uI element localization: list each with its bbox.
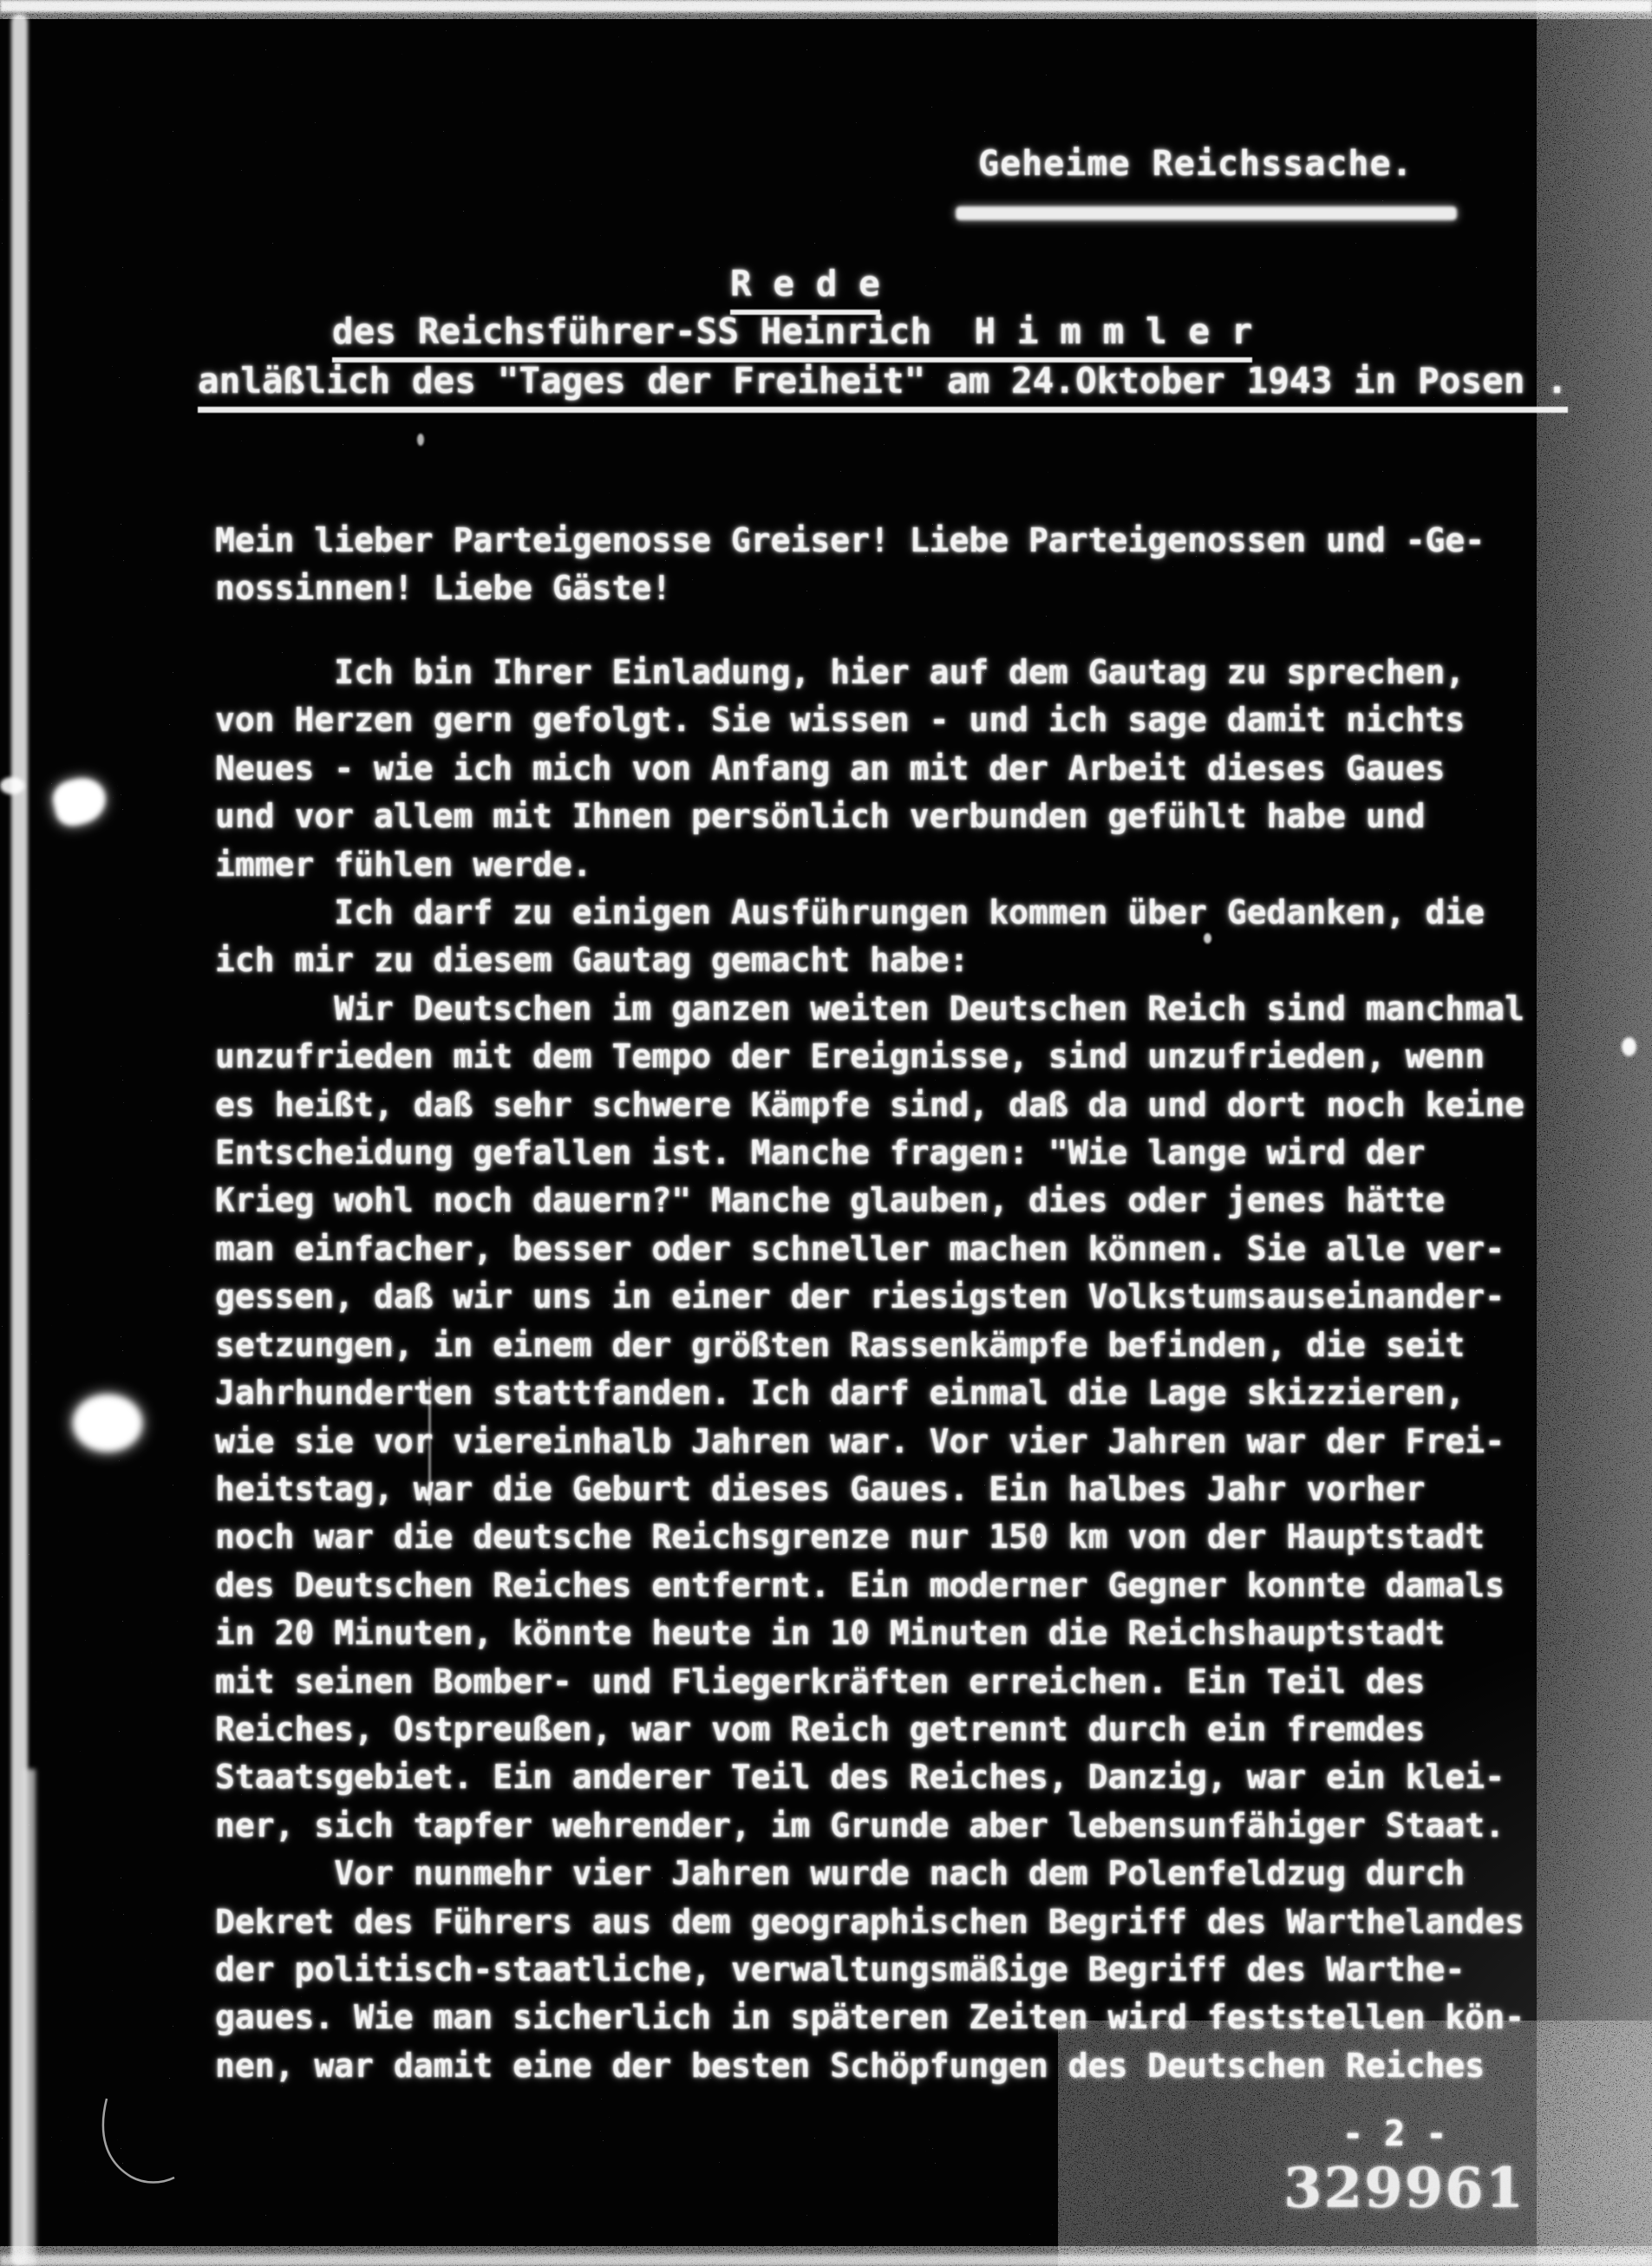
body-text-line: wie sie vor viereinhalb Jahren war. Vor …	[215, 1418, 1525, 1466]
body-text-line: der politisch-staatliche, verwaltungsmäß…	[215, 1946, 1525, 1994]
body-text-line: man einfacher, besser oder schneller mac…	[215, 1225, 1525, 1273]
body-text-line: Staatsgebiet. Ein anderer Teil des Reich…	[215, 1753, 1525, 1801]
body-text-line: von Herzen gern gefolgt. Sie wissen - un…	[215, 696, 1525, 744]
body-text-line: gaues. Wie man sicherlich in späteren Ze…	[215, 1994, 1525, 2041]
salutation-block: Mein lieber Parteigenosse Greiser! Liebe…	[215, 517, 1485, 613]
body-text-line: Krieg wohl noch dauern?" Manche glauben,…	[215, 1177, 1525, 1224]
body-text-line: heitstag, war die Geburt dieses Gaues. E…	[215, 1466, 1525, 1513]
body-text-line: Neues - wie ich mich von Anfang an mit d…	[215, 745, 1525, 793]
classification-underline-bar	[956, 206, 1457, 220]
body-text-line: es heißt, daß sehr schwere Kämpfe sind, …	[215, 1081, 1525, 1129]
classification-header: Geheime Reichssache.	[978, 144, 1414, 184]
speech-body-block: Ich bin Ihrer Einladung, hier auf dem Ga…	[215, 649, 1525, 2090]
body-text-line: setzungen, in einem der größten Rassenkä…	[215, 1322, 1525, 1369]
scan-edge-left-lower	[23, 1769, 36, 2266]
body-text-line: in 20 Minuten, könnte heute in 10 Minute…	[215, 1610, 1525, 1657]
page-number: - 2 -	[1342, 2114, 1446, 2154]
body-text-line: noch war die deutsche Reichsgrenze nur 1…	[215, 1513, 1525, 1561]
salutation-line: Mein lieber Parteigenosse Greiser! Liebe…	[215, 517, 1485, 565]
body-text-line: Reiches, Ostpreußen, war vom Reich getre…	[215, 1706, 1525, 1753]
document-page: Geheime Reichssache. R e d e des Reichsf…	[0, 0, 1652, 2266]
salutation-line: nossinnen! Liebe Gäste!	[215, 565, 1485, 612]
serial-stamp: 329961	[1283, 2156, 1525, 2221]
body-text-line: Entscheidung gefallen ist. Manche fragen…	[215, 1129, 1525, 1177]
body-text-line: Ich bin Ihrer Einladung, hier auf dem Ga…	[215, 649, 1525, 696]
film-speck	[417, 434, 424, 446]
body-text-line: mit seinen Bomber- und Fliegerkräften er…	[215, 1658, 1525, 1706]
punch-hole-upper	[49, 774, 111, 830]
body-text-line: Ich darf zu einigen Ausführungen kommen …	[215, 889, 1525, 937]
body-text-line: Jahrhunderten stattfanden. Ich darf einm…	[215, 1369, 1525, 1417]
body-text-line: ich mir zu diesem Gautag gemacht habe:	[215, 937, 1525, 984]
body-text-line: Dekret des Führers aus dem geographische…	[215, 1898, 1525, 1946]
body-text-line: ner, sich tapfer wehrender, im Grunde ab…	[215, 1802, 1525, 1850]
title-rede: R e d e	[730, 263, 880, 315]
title-occasion: anläßlich des "Tages der Freiheit" am 24…	[198, 360, 1568, 413]
title-speaker: des Reichsführer-SS Heinrich H i m m l e…	[332, 310, 1252, 362]
film-speck	[1622, 1037, 1636, 1056]
body-text-line: nen, war damit eine der besten Schöpfung…	[215, 2042, 1525, 2090]
scratch-mark-curve	[82, 2092, 195, 2204]
scan-edge-mark	[0, 777, 24, 794]
body-text-line: immer fühlen werde.	[215, 841, 1525, 889]
scan-edge-bottom	[0, 2255, 1652, 2266]
body-text-line: Wir Deutschen im ganzen weiten Deutschen…	[215, 985, 1525, 1033]
body-text-line: Vor nunmehr vier Jahren wurde nach dem P…	[215, 1850, 1525, 1897]
body-text-line: gessen, daß wir uns in einer der riesigs…	[215, 1273, 1525, 1321]
body-text-line: des Deutschen Reiches entfernt. Ein mode…	[215, 1562, 1525, 1610]
body-text-line: und vor allem mit Ihnen persönlich verbu…	[215, 793, 1525, 840]
body-text-line: unzufrieden mit dem Tempo der Ereignisse…	[215, 1033, 1525, 1081]
punch-hole-lower	[73, 1394, 142, 1452]
scan-edge-top	[0, 0, 1652, 12]
